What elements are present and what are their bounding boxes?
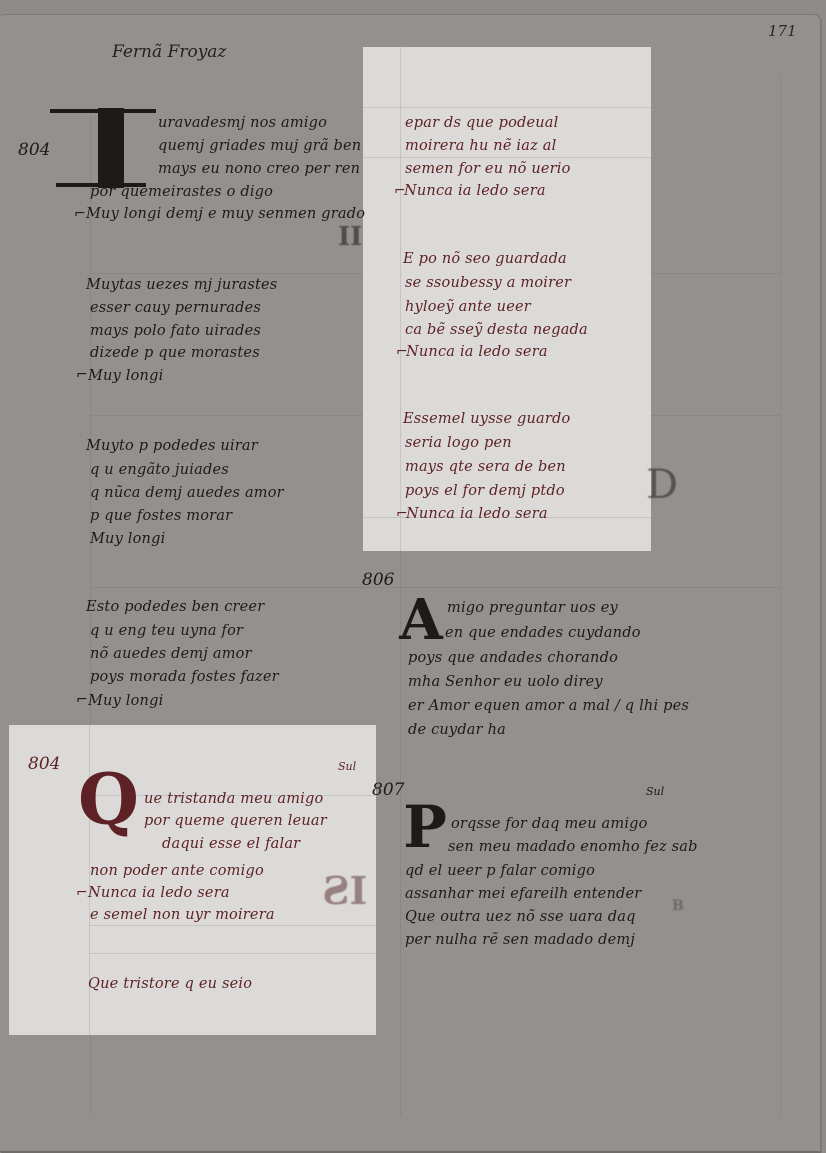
verse-line: poys el for demj ptdo [405, 482, 565, 500]
verse-line: Esto podedes ben creer [86, 598, 264, 616]
verse-line: mays polo fato uirades [90, 322, 261, 340]
verse-line: quemj griades muj grã ben [158, 137, 361, 155]
verse-line: qd el ueer p falar comigo [405, 862, 595, 880]
ruling-line [363, 107, 651, 108]
decorated-initial-Q: Q [78, 765, 138, 835]
verse-line: migo preguntar uos ey [447, 599, 618, 617]
decorated-initial-A: A [396, 592, 446, 644]
verse-line: epar ds que podeual [405, 114, 559, 132]
verse-line: mha Senhor eu uolo direy [408, 673, 603, 691]
stamp-bleed-IV: ƧI [322, 868, 367, 913]
poem-number: 804 [18, 140, 50, 160]
verse-line: por queme queren leuar [144, 812, 327, 830]
verse-line: Que tristore q eu seio [88, 975, 252, 993]
verse-line: en que endades cuydando [445, 624, 641, 642]
refrain-line: Nunca ia ledo sera [404, 182, 546, 200]
verse-line: Que outra uez nõ sse uara daq [405, 908, 636, 926]
ruling-line [363, 157, 651, 158]
verse-line: sen meu madado enomho fez sab [448, 838, 698, 856]
verse-line: mays qte sera de ben [405, 458, 566, 476]
verse-line: per nulha rẽ sen madado demj [405, 931, 635, 949]
margin-note: Sul [338, 760, 356, 773]
stamp-bleed-II: II [338, 222, 362, 252]
verse-line: E po nõ seo guardada [403, 250, 567, 268]
verse-line: assanhar mei efareilh entender [405, 885, 641, 903]
paragraph-mark-icon: ⌐ [76, 692, 88, 708]
verse-line: Essemel uysse guardo [403, 410, 570, 428]
poem-number: 807 [372, 780, 404, 800]
verse-line: non poder ante comigo [90, 862, 264, 880]
verse-line: de cuydar ha [408, 721, 506, 739]
refrain-line: Muy longi [88, 692, 163, 710]
refrain-line: Nunca ia ledo sera [88, 884, 230, 902]
poem-number: 806 [362, 570, 394, 590]
verse-line: hyloeỹ ante ueer [405, 298, 531, 316]
verse-line: uravadesmj nos amigo [158, 114, 327, 132]
verse-line: seria logo pen [405, 434, 512, 452]
verse-line: p que fostes morar [90, 507, 232, 525]
verse-line: moirera hu nẽ iaz al [405, 137, 556, 155]
poem-number: 804 [28, 754, 60, 774]
verse-line: er Amor equen amor a mal / q lhi pes [408, 697, 689, 715]
refrain-line: Nunca ia ledo sera [406, 505, 548, 523]
paragraph-mark-icon: ⌐ [74, 206, 86, 222]
ruling-line [89, 925, 376, 926]
verse-line: q u eng teu uyna for [90, 622, 243, 640]
verse-line: Muytas uezes mj jurastes [86, 276, 277, 294]
verse-line: nõ auedes demj amor [90, 645, 252, 663]
stamp-bleed-D: D [646, 462, 678, 508]
decorated-initial-I: I [68, 108, 154, 188]
ruling-line [780, 75, 781, 1115]
verse-line: se ssoubessy a moirer [405, 274, 571, 292]
refrain-line: Nunca ia ledo sera [406, 343, 548, 361]
margin-note: Sul [646, 785, 664, 798]
folio-number: 171 [768, 22, 797, 40]
verse-line: q u engãto juiades [90, 461, 229, 479]
author-header: Fernã Froyaz [112, 42, 226, 62]
ruling-line [400, 47, 401, 551]
paragraph-mark-icon: ⌐ [76, 885, 88, 901]
paragraph-mark-icon: ⌐ [76, 367, 88, 383]
verse-line: semen for eu nõ uerio [405, 160, 571, 178]
verse-line: por quemeirastes o digo [90, 183, 273, 201]
verse-line: mays eu nono creo per ren [158, 160, 360, 178]
ruling-line [89, 953, 376, 954]
verse-line: q nũca demj auedes amor [90, 484, 284, 502]
verse-line: dizede p que morastes [90, 344, 260, 362]
stamp-bleed-B: B [672, 898, 684, 914]
verse-line: esser cauy pernurades [90, 299, 261, 317]
initial-serif-top [50, 109, 156, 113]
verse-line: poys que andades chorando [408, 649, 618, 667]
refrain-line: Muy longi [90, 530, 165, 548]
verse-line: Muyto p podedes uirar [86, 437, 258, 455]
verse-line: poys morada fostes fazer [90, 668, 279, 686]
refrain-line: Muy longi [88, 367, 163, 385]
verse-line: ca bẽ sseỹ desta negada [405, 321, 588, 339]
verse-line: daqui esse el falar [162, 835, 300, 853]
verse-line: orqsse for daq meu amigo [451, 815, 648, 833]
verse-line: e semel non uyr moirera [90, 906, 275, 924]
refrain-line: Muy longi demj e muy senmen grado [86, 205, 365, 223]
verse-line: ue tristanda meu amigo [144, 790, 323, 808]
decorated-initial-P: P [400, 798, 450, 852]
